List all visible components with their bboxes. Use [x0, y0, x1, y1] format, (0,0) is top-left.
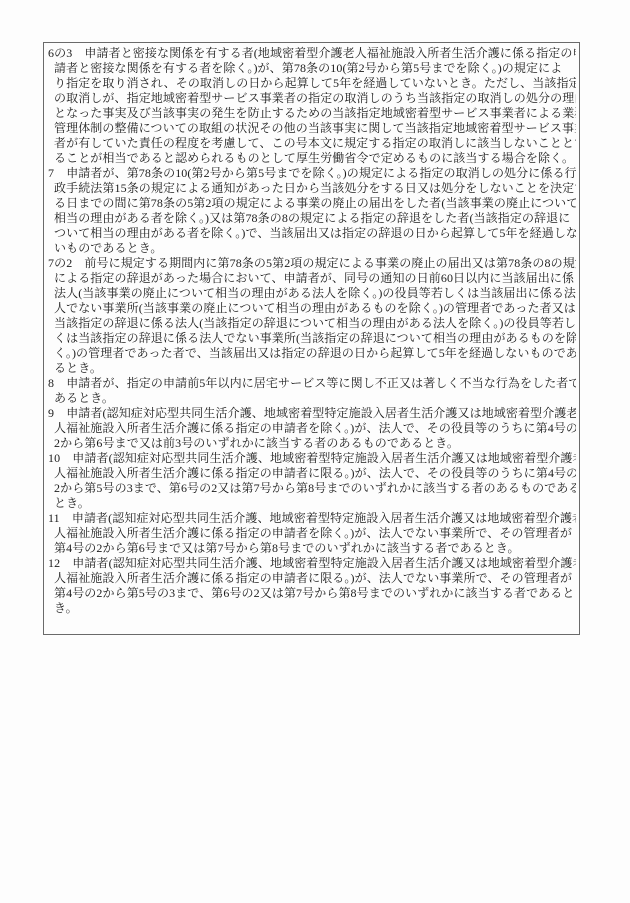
text-line: 相当の理由がある者を除く。)又は第78条の8の規定による指定の辞退をした者(当該… [48, 211, 576, 226]
text-line: 8 申請者が、指定の申請前5年以内に居宅サービス等に関し不正又は著しく不当な行為… [48, 376, 576, 391]
text-line: による指定の辞退があった場合において、申請者が、同号の通知の日前60日以内に当該… [48, 271, 576, 286]
text-line: 人福祉施設入所者生活介護に係る指定の申請者に限る。)が、法人で、その役員等のうち… [48, 466, 576, 481]
text-line: 人福祉施設入所者生活介護に係る指定の申請者に限る。)が、法人でない事業所で、その… [48, 571, 576, 586]
text-line: 7の2 前号に規定する期間内に第78条の5第2項の規定による事業の廃止の届出又は… [48, 256, 576, 271]
text-line: 管理体制の整備についての取組の状況その他の当該事実に関して当該指定地域密着型サー… [48, 121, 576, 136]
text-line: 2から第6号まで又は前3号のいずれかに該当する者のあるものであるとき。 [48, 436, 576, 451]
text-line: いものであるとき。 [48, 241, 576, 256]
legal-text-box: 6の3 申請者と密接な関係を有する者(地域密着型介護老人福祉施設入所者生活介護に… [43, 42, 580, 635]
text-line: 9 申請者(認知症対応型共同生活介護、地域密着型特定施設入居者生活介護又は地域密… [48, 406, 576, 421]
document-page: 6の3 申請者と密接な関係を有する者(地域密着型介護老人福祉施設入所者生活介護に… [0, 0, 630, 903]
text-line: 第4号の2から第6号まで又は第7号から第8号までのいずれかに該当する者であるとき… [48, 541, 576, 556]
text-line: 当該指定の辞退に係る法人(当該指定の辞退について相当の理由がある法人を除く。)の… [48, 316, 576, 331]
text-line: 人福祉施設入所者生活介護に係る指定の申請者を除く。)が、法人で、その役員等のうち… [48, 421, 576, 436]
text-line: き。 [48, 601, 576, 616]
text-line: 者が有していた責任の程度を考慮して、この号本文に規定する指定の取消しに該当しない… [48, 136, 576, 151]
text-line: 政手続法第15条の規定による通知があった日から当該処分をする日又は処分をしないこ… [48, 181, 576, 196]
text-line: るとき。 [48, 361, 576, 376]
text-line: り指定を取り消され、その取消しの日から起算して5年を経過していないとき。ただし、… [48, 76, 576, 91]
text-line: 6の3 申請者と密接な関係を有する者(地域密着型介護老人福祉施設入所者生活介護に… [48, 46, 576, 61]
text-line: とき。 [48, 496, 576, 511]
text-line: る日までの間に第78条の5第2項の規定による事業の廃止の届出をした者(当該事業の… [48, 196, 576, 211]
text-line: く。)の管理者であった者で、当該届出又は指定の辞退の日から起算して5年を経過しな… [48, 346, 576, 361]
text-line: 2から第5号の3まで、第6号の2又は第7号から第8号までのいずれかに該当する者の… [48, 481, 576, 496]
text-line: くは当該指定の辞退に係る法人でない事業所(当該指定の辞退について相当の理由がある… [48, 331, 576, 346]
text-line: 請者と密接な関係を有する者を除く。)が、第78条の10(第2号から第5号までを除… [48, 61, 576, 76]
text-line: 12 申請者(認知症対応型共同生活介護、地域密着型特定施設入居者生活介護又は地域… [48, 556, 576, 571]
text-line: 7 申請者が、第78条の10(第2号から第5号までを除く。)の規定による指定の取… [48, 166, 576, 181]
text-line: 10 申請者(認知症対応型共同生活介護、地域密着型特定施設入居者生活介護又は地域… [48, 451, 576, 466]
text-line: 11 申請者(認知症対応型共同生活介護、地域密着型特定施設入居者生活介護又は地域… [48, 511, 576, 526]
text-line: 第4号の2から第5号の3まで、第6号の2又は第7号から第8号までのいずれかに該当… [48, 586, 576, 601]
text-line: となった事実及び当該事実の発生を防止するための当該指定地域密着型サービス事業者に… [48, 106, 576, 121]
text-line: 人福祉施設入所者生活介護に係る指定の申請者を除く。)が、法人でない事業所で、その… [48, 526, 576, 541]
text-line: ついて相当の理由がある者を除く。)で、当該届出又は指定の辞退の日から起算して5年… [48, 226, 576, 241]
text-line: あるとき。 [48, 391, 576, 406]
text-line: 法人(当該事業の廃止について相当の理由がある法人を除く。)の役員等若しくは当該届… [48, 286, 576, 301]
legal-text-lines: 6の3 申請者と密接な関係を有する者(地域密着型介護老人福祉施設入所者生活介護に… [44, 43, 579, 616]
text-line: の取消しが、指定地域密着型サービス事業者の指定の取消しのうち当該指定の取消しの処… [48, 91, 576, 106]
text-line: ることが相当であると認められるものとして厚生労働省令で定めるものに該当する場合を… [48, 151, 576, 166]
text-line: 人でない事業所(当該事業の廃止について相当の理由があるものを除く。)の管理者であ… [48, 301, 576, 316]
